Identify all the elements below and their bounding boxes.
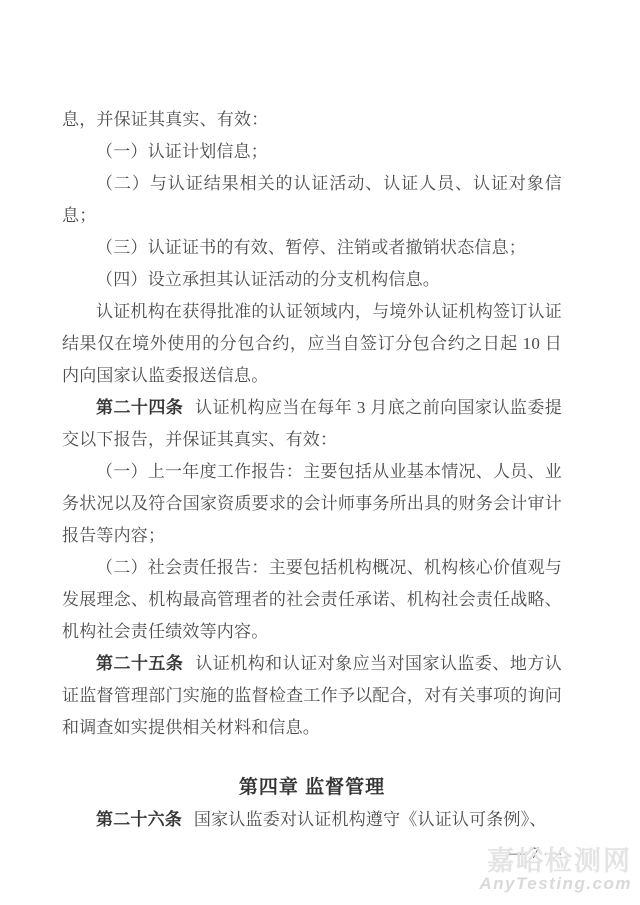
paragraph-text: （三）认证证书的有效、暂停、注销或者撤销状态信息；: [96, 238, 526, 257]
article-25-paragraph: 第二十五条认证机构和认证对象应当对国家认监委、地方认证监督管理部门实施的监督检查…: [62, 648, 562, 744]
list-item-3: （三）认证证书的有效、暂停、注销或者撤销状态信息；: [62, 232, 562, 264]
report-item-1: （一）上一年度工作报告：主要包括从业基本情况、人员、业务状况以及符合国家资质要求…: [62, 456, 562, 552]
article-number: 第二十五条: [96, 654, 183, 673]
list-item-4: （四）设立承担其认证活动的分支机构信息。: [62, 264, 562, 296]
paragraph-text: （一）上一年度工作报告：主要包括从业基本情况、人员、业务状况以及符合国家资质要求…: [62, 462, 562, 545]
chapter-heading: 第四章 监督管理: [62, 772, 562, 804]
article-number: 第二十六条: [96, 810, 182, 829]
paragraph-text: 国家认监委对认证机构遵守《认证认可条例》、: [194, 810, 547, 829]
paragraph-text: （二）社会责任报告：主要包括机构概况、机构核心价值观与发展理念、机构最高管理者的…: [62, 558, 562, 641]
article-number: 第二十四条: [96, 398, 183, 417]
paragraph-text: （二）与认证结果相关的认证活动、认证人员、认证对象信息；: [62, 174, 562, 225]
document-body: 息，并保证其真实、有效： （一）认证计划信息； （二）与认证结果相关的认证活动、…: [62, 104, 562, 870]
watermark: 嘉峪检测网 AnyTesting.com: [479, 847, 632, 893]
paragraph-text: 息，并保证其真实、有效：: [62, 110, 268, 129]
watermark-site-name: 嘉峪检测网: [479, 847, 632, 875]
article-26-paragraph: 第二十六条国家认监委对认证机构遵守《认证认可条例》、: [62, 804, 562, 836]
paragraph-text: （一）认证计划信息；: [96, 142, 268, 161]
report-item-2: （二）社会责任报告：主要包括机构概况、机构核心价值观与发展理念、机构最高管理者的…: [62, 552, 562, 648]
list-item-2: （二）与认证结果相关的认证活动、认证人员、认证对象信息；: [62, 168, 562, 232]
article-24-paragraph: 第二十四条认证机构应当在每年 3 月底之前向国家认监委提交以下报告，并保证其真实…: [62, 392, 562, 456]
body-paragraph-continuation: 息，并保证其真实、有效：: [62, 104, 562, 136]
body-paragraph: 认证机构在获得批准的认证领域内，与境外认证机构签订认证结果仅在境外使用的分包合约…: [62, 296, 562, 392]
paragraph-text: 认证机构在获得批准的认证领域内，与境外认证机构签订认证结果仅在境外使用的分包合约…: [62, 302, 562, 385]
list-item-1: （一）认证计划信息；: [62, 136, 562, 168]
paragraph-text: （四）设立承担其认证活动的分支机构信息。: [96, 270, 440, 289]
document-page: 息，并保证其真实、有效： （一）认证计划信息； （二）与认证结果相关的认证活动、…: [0, 0, 640, 905]
watermark-site-url: AnyTesting.com: [479, 875, 632, 893]
